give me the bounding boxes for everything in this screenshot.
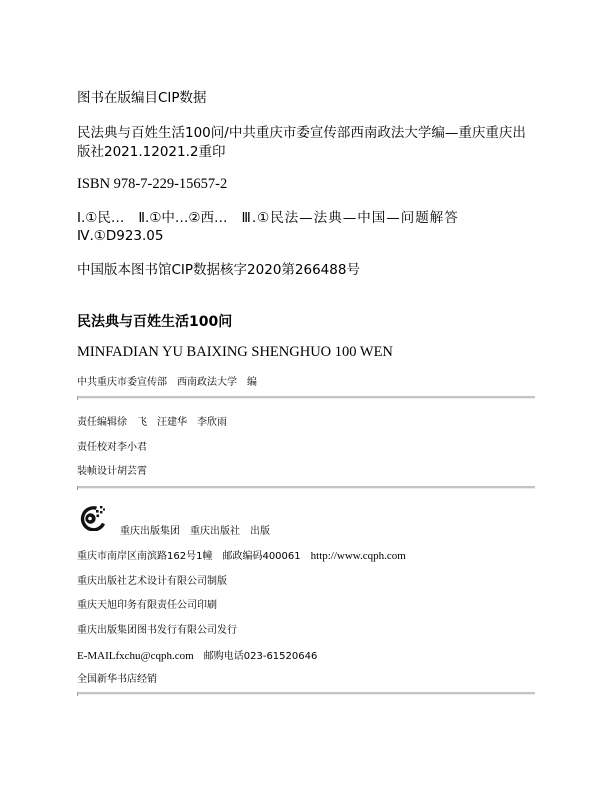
- divider-2: [77, 486, 535, 489]
- editor-org-1: 中共重庆市委宣传部: [77, 377, 167, 388]
- classification-part-3: Ⅲ.①民法—法典—中国—问题解答: [242, 210, 459, 226]
- publisher-website-link[interactable]: http://www.cqph.com: [311, 550, 406, 562]
- editor-role: 编: [247, 377, 257, 388]
- publisher-line: 重庆出版集团重庆出版社出版: [120, 525, 270, 539]
- pinyin-title: MINFADIAN YU BAIXING SHENGHUO 100 WEN: [77, 344, 393, 361]
- publisher-email-link[interactable]: E-MAILfxchu@cqph.com: [77, 650, 194, 662]
- book-title: 民法典与百姓生活100问: [77, 311, 232, 331]
- cip-verification: 中国版本图书馆CIP数据核字2020第266488号: [77, 261, 360, 280]
- classification-line-1: Ⅰ.①民…Ⅱ.①中…②西…Ⅲ.①民法—法典—中国—问题解答: [77, 209, 459, 228]
- designer: 装帧设计胡芸霄: [77, 465, 147, 479]
- editor-org-2: 西南政法大学: [177, 377, 237, 388]
- plate-maker: 重庆出版社艺术设计有限公司制版: [77, 575, 227, 589]
- divider-1: [77, 396, 535, 399]
- classification-line-2: Ⅳ.①D923.05: [77, 227, 163, 246]
- printer: 重庆天旭印务有限责任公司印刷: [77, 599, 217, 613]
- editor-name-3: 李欣雨: [197, 417, 227, 428]
- editor-label-name: 责任编辑徐: [77, 417, 127, 428]
- proofreader: 责任校对李小君: [77, 441, 147, 455]
- divider-3: [77, 692, 535, 695]
- publisher-postcode: 邮政编码400061: [222, 551, 300, 562]
- editor-name-end: 飞: [137, 417, 147, 428]
- editor-name-2: 汪建华: [157, 417, 187, 428]
- publisher-address: 重庆市南岸区南滨路162号1幢: [77, 551, 212, 562]
- cip-record: 民法典与百姓生活100问/中共重庆市委宣传部西南政法大学编—重庆重庆出版社202…: [77, 124, 537, 162]
- publisher-role: 出版: [250, 526, 270, 537]
- distributor: 重庆出版集团图书发行有限公司发行: [77, 624, 237, 638]
- publisher-logo-icon: [79, 504, 106, 531]
- retailer: 全国新华书店经销: [77, 673, 157, 687]
- classification-part-2: Ⅱ.①中…②西…: [138, 210, 227, 226]
- editors-line: 中共重庆市委宣传部西南政法大学编: [77, 376, 257, 390]
- responsible-editors: 责任编辑徐飞汪建华李欣雨: [77, 416, 227, 430]
- publisher-group: 重庆出版集团: [120, 526, 180, 537]
- contact-line: E-MAILfxchu@cqph.com邮购电话023-61520646: [77, 649, 317, 664]
- publisher-house: 重庆出版社: [190, 526, 240, 537]
- cip-heading: 图书在版编目CIP数据: [77, 89, 207, 108]
- address-line: 重庆市南岸区南滨路162号1幢邮政编码400061http://www.cqph…: [77, 549, 406, 564]
- mail-order-phone: 邮购电话023-61520646: [204, 651, 318, 662]
- isbn: ISBN 978-7-229-15657-2: [77, 175, 227, 194]
- classification-part-1: Ⅰ.①民…: [77, 210, 124, 226]
